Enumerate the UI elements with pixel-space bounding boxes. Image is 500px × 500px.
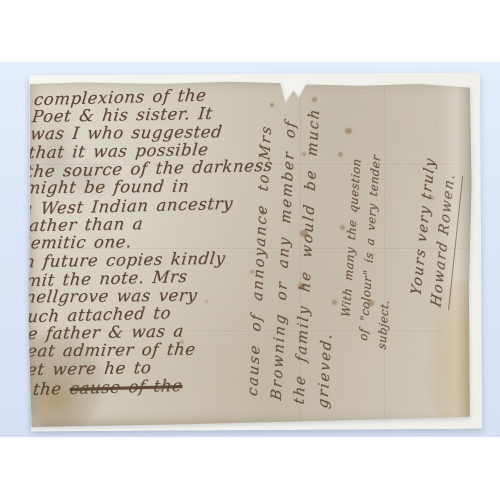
paper-vignette — [28, 80, 472, 427]
letter-paper: complexions of the Poet & his sister. It… — [28, 80, 472, 427]
letter-photograph: complexions of the Poet & his sister. It… — [0, 0, 500, 500]
